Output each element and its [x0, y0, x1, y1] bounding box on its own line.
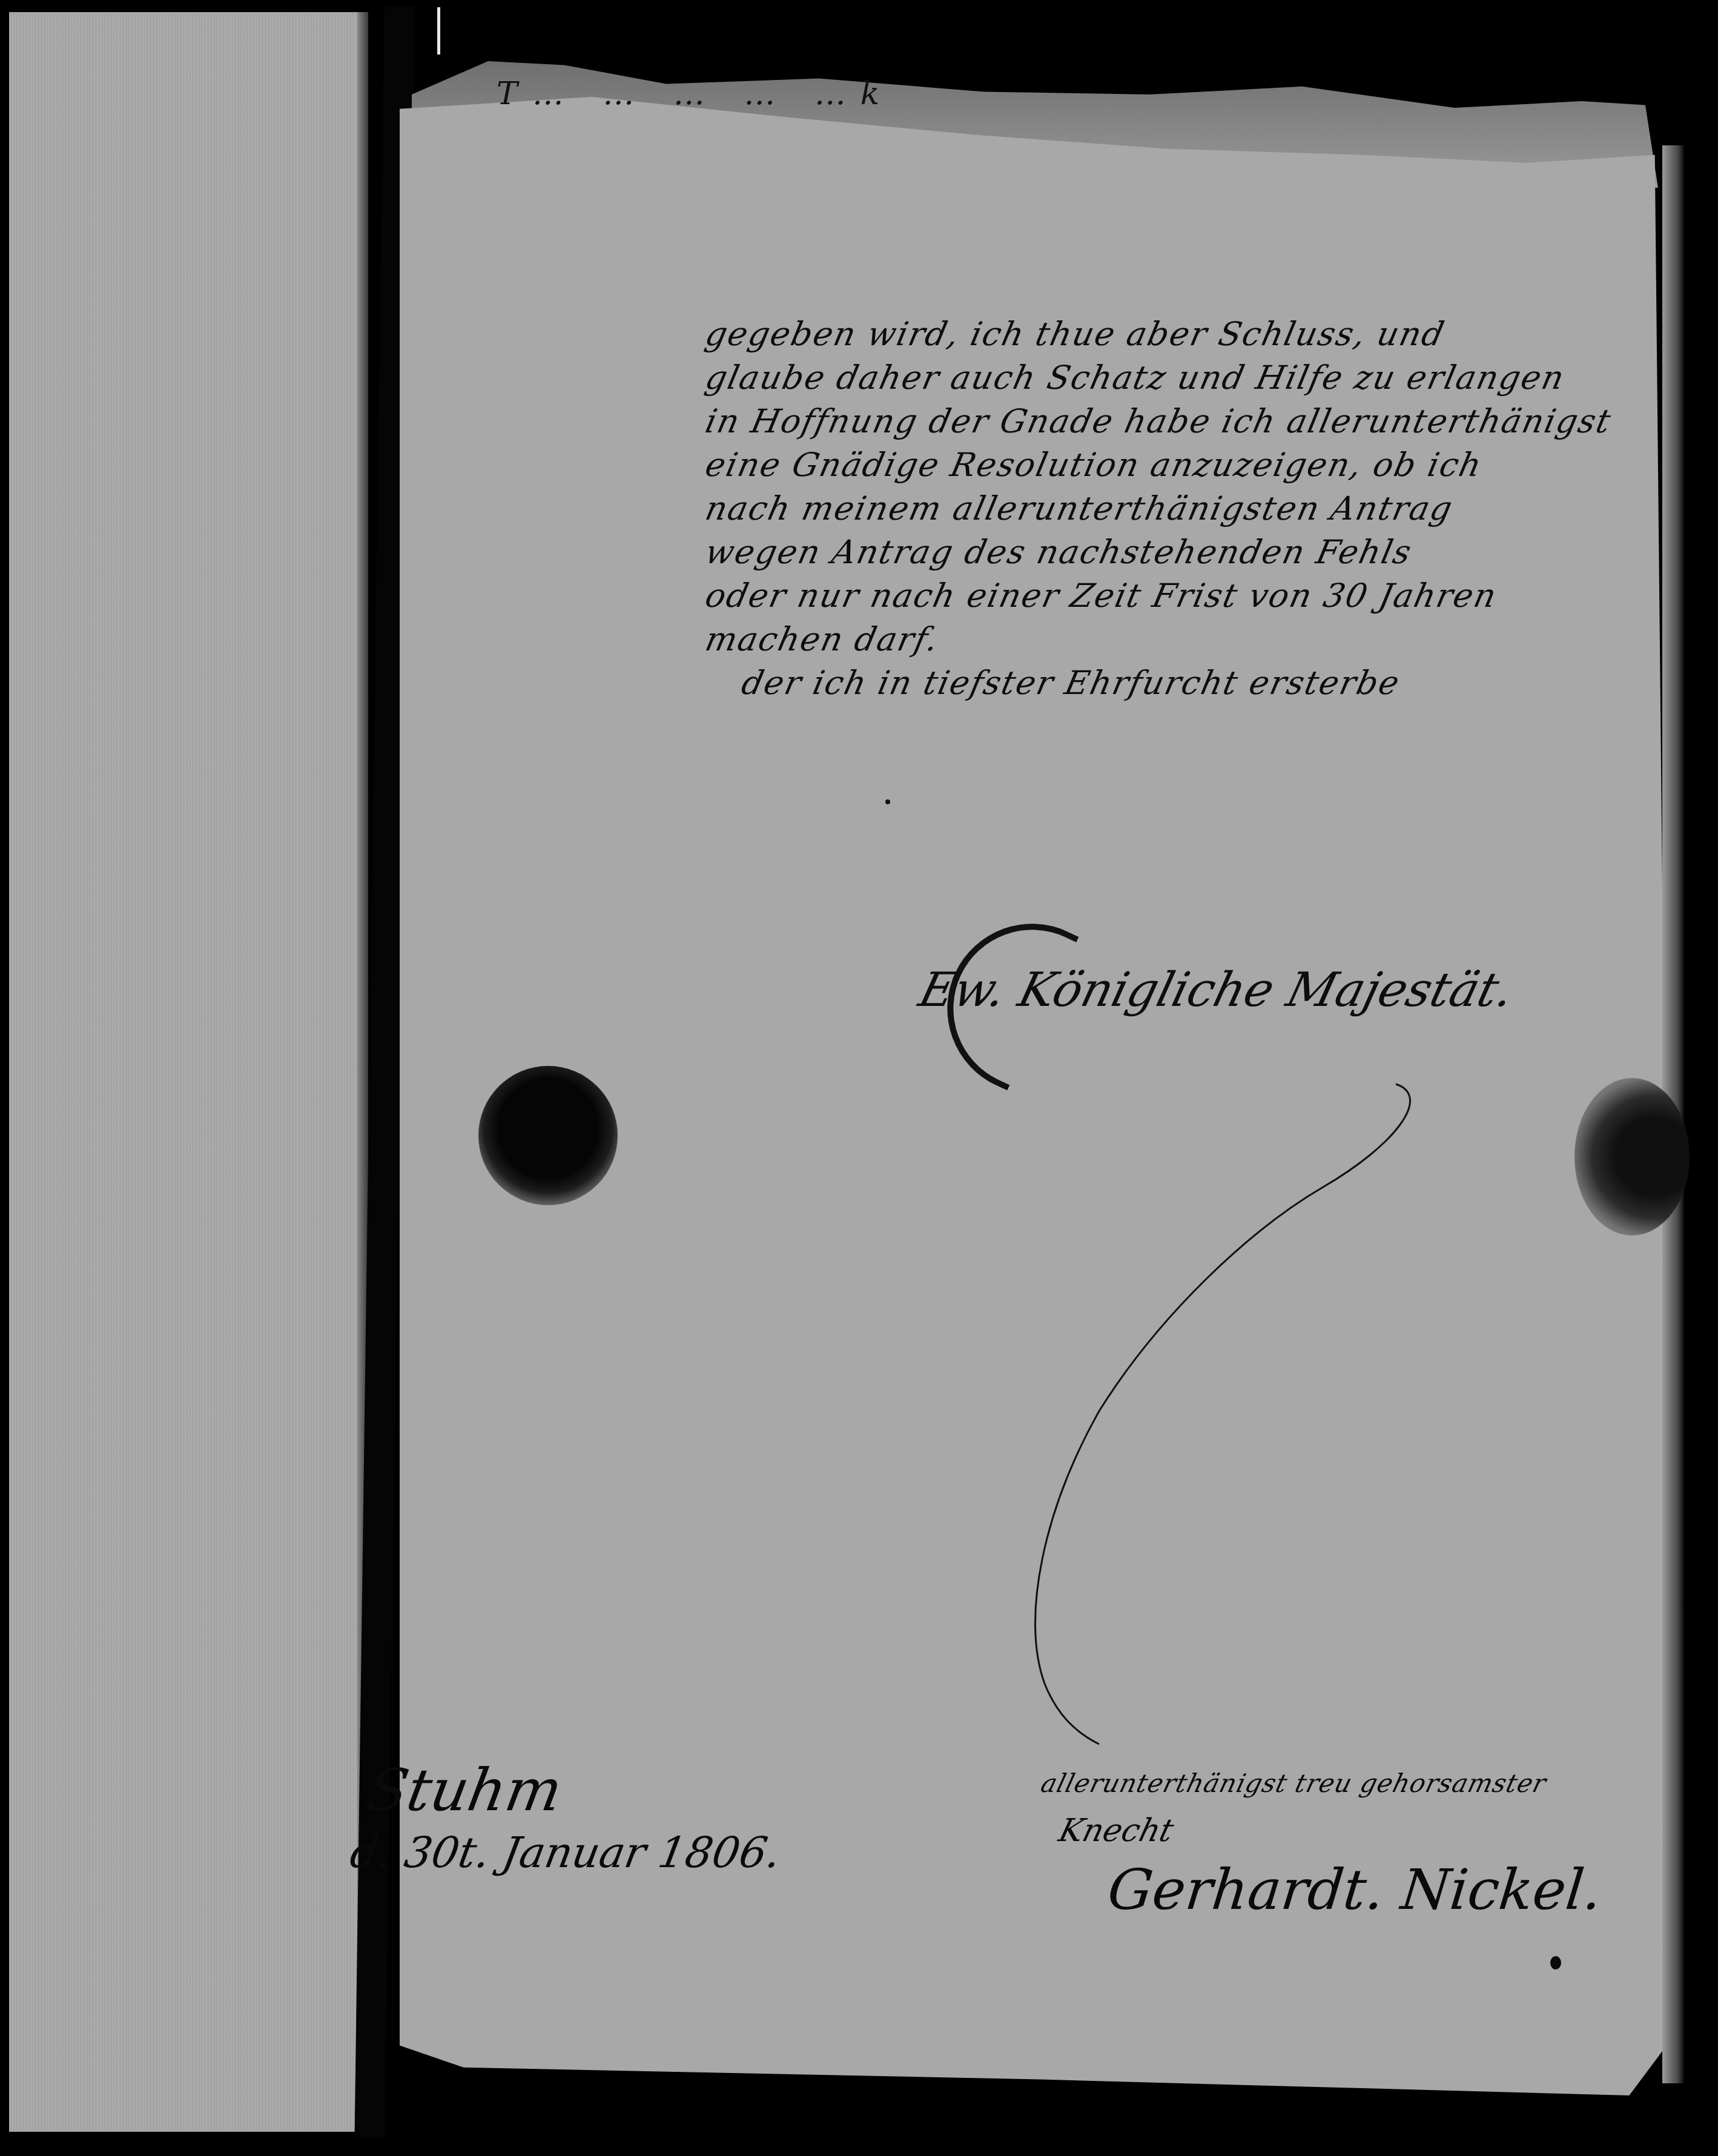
closing-and-signature: allerunterthänigst treu gehorsamster Kne…: [1042, 1768, 1602, 1922]
body-line: oder nur nach einer Zeit Frist von 30 Ja…: [701, 577, 1691, 620]
pen-flourish-icon: [1008, 1072, 1432, 1756]
closing-formula: allerunterthänigst treu gehorsamster: [1038, 1768, 1605, 1798]
place-and-date: Stuhm d. 30t. Januar 1806.: [346, 1756, 797, 1877]
place-name: Stuhm: [362, 1756, 798, 1824]
body-line: wegen Antrag des nachstehenden Fehls: [701, 533, 1691, 577]
salutation: Ew. Königliche Majestät.: [914, 963, 1519, 1017]
letter-date: d. 30t. Januar 1806.: [346, 1828, 784, 1877]
body-line: nach meinem allerunterthänigsten Antrag: [701, 489, 1691, 533]
ink-dot: [885, 799, 890, 804]
body-line: eine Gnädige Resolution anzuzeigen, ob i…: [701, 446, 1691, 489]
signature-dot: [1550, 1956, 1561, 1969]
scan-tick-mark: [437, 7, 440, 55]
letter-body: gegeben wird, ich thue aber Schluss, und…: [705, 315, 1687, 707]
body-line: machen darf.: [701, 620, 1691, 664]
body-line: in Hoffnung der Gnade habe ich allerunte…: [701, 402, 1691, 446]
closing-word: Knecht: [1056, 1813, 1607, 1849]
cut-off-top-line: T… … … … …k: [497, 76, 894, 112]
wax-seal-blot-left: [478, 1066, 618, 1205]
signature: Gerhardt. Nickel.: [1105, 1857, 1605, 1922]
wax-seal-blot-right: [1574, 1078, 1690, 1235]
left-facing-leaf: [9, 12, 366, 2132]
body-closing-line: der ich in tiefster Ehrfurcht ersterbe: [737, 664, 1691, 707]
body-line: gegeben wird, ich thue aber Schluss, und: [701, 315, 1691, 359]
body-line: glaube daher auch Schatz und Hilfe zu er…: [701, 359, 1691, 402]
